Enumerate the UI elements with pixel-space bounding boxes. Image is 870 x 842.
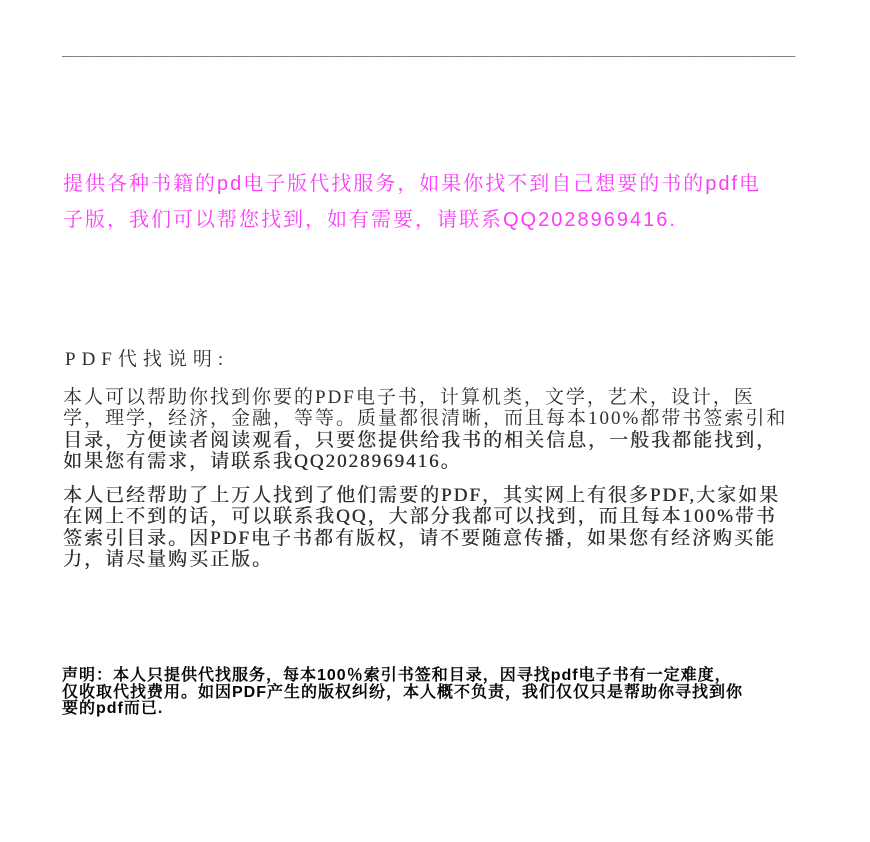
- document-page: ________________________________________…: [0, 0, 870, 842]
- divider-line: ________________________________________…: [62, 39, 807, 59]
- paragraph-1-line-4: 如果您有需求，请联系我QQ2028969416。: [63, 451, 833, 472]
- paragraph-2-line-1: 本人已经帮助了上万人找到了他们需要的PDF，其实网上有很多PDF,大家如果: [63, 485, 833, 506]
- disclaimer-line-1: 声明：本人只提供代找服务，每本100％索引书签和目录，因寻找pdf电子书有一定难…: [62, 668, 842, 685]
- section-heading: PDF代找说明:: [65, 348, 229, 372]
- paragraph-2-line-2: 在网上不到的话，可以联系我QQ，大部分我都可以找到，而且每本100%带书: [63, 506, 833, 527]
- paragraph-2: 本人已经帮助了上万人找到了他们需要的PDF，其实网上有很多PDF,大家如果 在网…: [63, 485, 833, 571]
- paragraph-2-line-4: 力，请尽量购买正版。: [63, 549, 833, 570]
- promo-line-2: 子版，我们可以帮您找到，如有需要，请联系QQ2028969416.: [63, 202, 823, 238]
- paragraph-1-line-2: 学，理学，经济，金融，等等。质量都很清晰，而且每本100%都带书签索引和: [63, 408, 833, 429]
- disclaimer: 声明：本人只提供代找服务，每本100％索引书签和目录，因寻找pdf电子书有一定难…: [62, 668, 842, 718]
- promo-text: 提供各种书籍的pd电子版代找服务，如果你找不到自己想要的书的pdf电 子版，我们…: [63, 166, 823, 238]
- paragraph-1-line-1: 本人可以帮助你找到你要的PDF电子书，计算机类，文学，艺术，设计，医: [63, 387, 833, 408]
- disclaimer-line-2: 仅收取代找费用。如因PDF产生的版权纠纷，本人概不负责，我们仅仅只是帮助你寻找到…: [62, 685, 842, 702]
- promo-line-1: 提供各种书籍的pd电子版代找服务，如果你找不到自己想要的书的pdf电: [63, 166, 823, 202]
- paragraph-1: 本人可以帮助你找到你要的PDF电子书，计算机类，文学，艺术，设计，医 学，理学，…: [63, 387, 833, 473]
- paragraph-2-line-3: 签索引目录。因PDF电子书都有版权，请不要随意传播，如果您有经济购买能: [63, 528, 833, 549]
- disclaimer-line-3: 要的pdf而已.: [62, 701, 842, 718]
- paragraph-1-line-3: 目录，方便读者阅读观看，只要您提供给我书的相关信息，一般我都能找到，: [63, 430, 833, 451]
